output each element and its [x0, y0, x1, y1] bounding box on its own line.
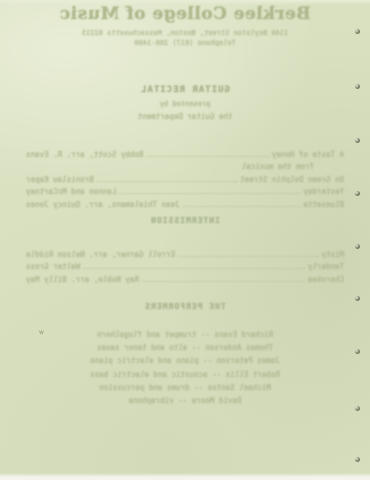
piece-title: On Green Dolphin Street — [240, 175, 344, 184]
punch-hole — [355, 296, 360, 301]
bleedthrough-layer: Berklee College of Music 1140 Boylston S… — [0, 0, 370, 480]
punch-hole — [355, 138, 360, 143]
composer-credit: Ray Noble, arr. Billy May — [26, 275, 139, 284]
program-row: from the musical — [26, 159, 344, 172]
dot-leader — [83, 268, 305, 269]
program-row: Tenderly Walter Gross — [26, 259, 344, 272]
program-section-1: A Taste of Honey Bobby Scott, arr. R. Ev… — [26, 146, 344, 209]
composer-credit: Lennon and McCartney — [26, 187, 116, 196]
program-row: A Taste of Honey Bobby Scott, arr. R. Ev… — [26, 146, 344, 159]
dot-leader — [142, 281, 305, 282]
piece-title-continuation: from the musical — [242, 162, 314, 171]
personnel-line: Thomas Anderson -- alto and tenor saxes — [0, 341, 370, 354]
punch-hole — [355, 349, 360, 354]
personnel-line: Robert Ellis -- acoustic and electric ba… — [0, 368, 370, 381]
composer-credit: Bronislau Kaper — [26, 175, 94, 184]
recital-subtitle: presented by — [0, 100, 370, 108]
dot-leader — [146, 156, 268, 157]
punch-hole — [355, 84, 360, 89]
piece-title: A Taste of Honey — [272, 150, 344, 159]
personnel-list: Richard Evans -- trumpet and flugelhorn … — [0, 328, 370, 407]
punch-hole — [355, 191, 360, 196]
composer-credit: Jean Thielemans, arr. Quincy Jones — [26, 200, 180, 209]
recital-title-block: GUITAR RECITAL presented by the Guitar D… — [0, 85, 370, 121]
pencil-mark: w — [39, 331, 44, 335]
composer-credit: Bobby Scott, arr. R. Evans — [26, 150, 143, 159]
piece-title: Yesterday — [303, 187, 344, 196]
program-row: Yesterday Lennon and McCartney — [26, 184, 344, 197]
masthead-address-line2: Telephone (617) 266-1400 — [0, 39, 370, 47]
scanned-program-page: Berklee College of Music 1140 Boylston S… — [0, 0, 370, 480]
dot-leader — [97, 181, 237, 182]
piece-title: Misty — [321, 250, 344, 259]
program-row: Cherokee Ray Noble, arr. Billy May — [26, 271, 344, 284]
masthead-address-line1: 1140 Boylston Street, Boston, Massachuse… — [0, 29, 370, 37]
piece-title: Bluesette — [303, 200, 344, 209]
program-row: Misty Erroll Garner, arr. Nelson Riddle — [26, 246, 344, 259]
program-section-2: Misty Erroll Garner, arr. Nelson Riddle … — [26, 246, 344, 284]
personnel-line: David Moore -- vibraphone — [0, 394, 370, 407]
punch-hole — [355, 29, 360, 34]
piece-title: Cherokee — [308, 275, 344, 284]
composer-credit: Walter Gross — [26, 262, 80, 271]
personnel-line: Richard Evans -- trumpet and flugelhorn — [0, 328, 370, 341]
performers-heading: THE PERFORMERS — [0, 302, 370, 311]
punch-hole — [355, 244, 360, 249]
recital-presenter: the Guitar Department — [0, 112, 370, 121]
program-row: On Green Dolphin Street Bronislau Kaper — [26, 171, 344, 184]
piece-title: Tenderly — [308, 262, 344, 271]
punch-hole — [355, 457, 360, 462]
dot-leader — [183, 206, 301, 207]
personnel-line: James Peterson -- piano and electric pia… — [0, 354, 370, 367]
composer-credit: Erroll Garner, arr. Nelson Riddle — [26, 250, 175, 259]
intermission-heading: INTERMISSION — [0, 216, 370, 225]
college-masthead-title: Berklee College of Music — [0, 4, 370, 24]
program-row: Bluesette Jean Thielemans, arr. Quincy J… — [26, 196, 344, 209]
personnel-line: Michael Santos -- drums and percussion — [0, 381, 370, 394]
punch-hole — [355, 406, 360, 411]
dot-leader — [178, 256, 318, 257]
dot-leader — [119, 193, 300, 194]
recital-title: GUITAR RECITAL — [0, 85, 370, 95]
